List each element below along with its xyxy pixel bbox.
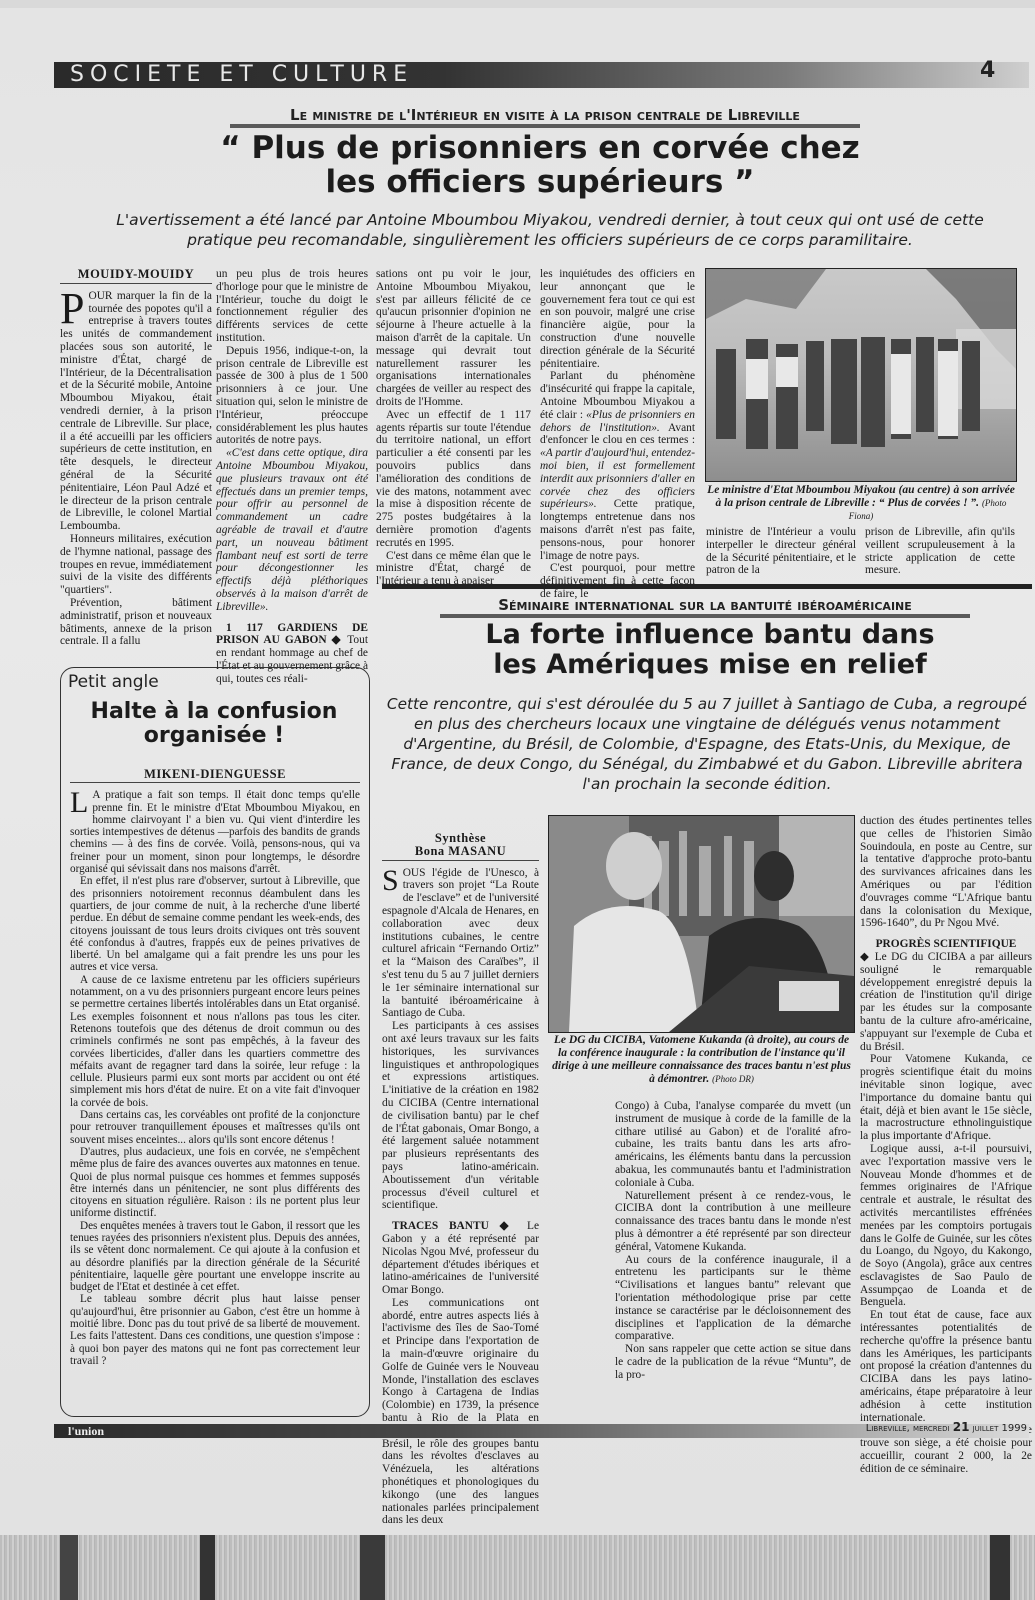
article1-column-2: un peu plus de trois heures d'horloge po…	[216, 268, 368, 686]
paragraph: Au cours de la conférence inaugurale, il…	[615, 1254, 851, 1344]
paragraph: Depuis 1956, indique-t-on, la prison cen…	[216, 345, 368, 447]
article1-column-3: sations ont pu voir le jour, Antoine Mbo…	[376, 268, 531, 588]
article2-column-2: Congo) à Cuba, l'analyse comparée du mve…	[615, 1100, 851, 1382]
article2-byline: Synthèse Bona MASANU	[382, 832, 539, 861]
petit-angle-body: MIKENI-DIENGUESSE LA pratique a fait son…	[70, 768, 360, 1367]
article2-kicker: Séminaire international sur la bantuité …	[440, 596, 970, 614]
article1-column-5: ministre de l'Intérieur a voulu interpel…	[706, 526, 856, 577]
paragraph: les inquiétudes des officiers en leur an…	[540, 268, 695, 370]
conference-photo-icon	[549, 816, 854, 1032]
article1-column-1: MOUIDY-MOUIDY POUR marquer la fin de la …	[60, 268, 212, 648]
paragraph: un peu plus de trois heures d'horloge po…	[216, 268, 368, 345]
paragraph: Naturellement présent à ce rendez-vous, …	[615, 1190, 851, 1254]
paragraph: Des enquêtes menées à travers tout le Ga…	[70, 1220, 360, 1294]
paragraph: Pour Vatomene Kukanda, ce progrès scient…	[860, 1053, 1032, 1143]
caption-text: Le ministre d'Etat Mboumbou Miyakou (au …	[707, 484, 1015, 509]
paragraph: En effet, il n'est plus rare d'observer,…	[70, 875, 360, 973]
paragraph: Les participants à ces assises ont axé l…	[382, 1020, 539, 1212]
article1-headline: “ Plus de prisonniers en corvée chez les…	[150, 131, 930, 199]
article2-column-1: Synthèse Bona MASANU SOUS l'égide de l'U…	[382, 832, 539, 1527]
article2-kicker-rule	[440, 614, 970, 618]
scan-background	[0, 1535, 1035, 1600]
paragraph: prison de Libreville, afin qu'ils veille…	[865, 526, 1015, 577]
petit-angle-headline-line2: organisée !	[64, 724, 364, 748]
issue-date: Libreville, mercredi 21 juillet 1999	[866, 1420, 1027, 1434]
article1-headline-line2: les officiers supérieurs ”	[150, 165, 930, 199]
paragraph: Dans certains cas, les corvéables ont pr…	[70, 1109, 360, 1146]
article2-headline-line2: les Amériques mise en relief	[420, 650, 1000, 680]
article2-headline: La forte influence bantu dans les Amériq…	[420, 620, 1000, 679]
article2-column-3: duction des études pertinentes telles qu…	[860, 815, 1032, 1476]
article1-headline-line1: “ Plus de prisonniers en corvée chez	[150, 131, 930, 165]
quote-paragraph: «C'est dans cette optique, dira Antoine …	[216, 447, 368, 613]
caption-text: Le DG du CICIBA, Vatomene Kukanda (à dro…	[552, 1034, 851, 1085]
article1-photo-caption: Le ministre d'Etat Mboumbou Miyakou (au …	[705, 484, 1017, 523]
paragraph: Avec un effectif de 1 117 agents réparti…	[376, 409, 531, 550]
photo-credit: (Photo DR)	[712, 1074, 754, 1084]
paragraph: duction des études pertinentes telles qu…	[860, 815, 1032, 930]
dropcap: S	[382, 869, 399, 893]
article1-photo	[705, 268, 1017, 482]
paragraph: Non sans rappeler que cette action se si…	[615, 1343, 851, 1381]
paragraph: A cause de ce laxisme entretenu par les …	[70, 974, 360, 1109]
date-day: 21	[953, 1420, 970, 1434]
article2-photo	[548, 815, 855, 1033]
newspaper-brand: l'union	[68, 1424, 104, 1438]
paragraph: OUS l'égide de l'Unesco, à travers son p…	[382, 867, 539, 1020]
paragraph: A pratique a fait son temps. Il était do…	[70, 789, 360, 875]
page-number: 4	[980, 58, 995, 83]
article2-photo-caption: Le DG du CICIBA, Vatomene Kukanda (à dro…	[548, 1034, 855, 1086]
petit-angle-headline: Halte à la confusion organisée !	[64, 700, 364, 748]
article2-top-rule	[382, 584, 1032, 589]
section-title: SOCIETE ET CULTURE	[70, 62, 413, 88]
subhead: PROGRÈS SCIENTIFIQUE	[860, 938, 1032, 951]
dropcap: P	[60, 292, 84, 326]
subhead: TRACES BANTU ◆	[392, 1220, 516, 1232]
article1-byline: MOUIDY-MOUIDY	[60, 268, 212, 284]
paragraph: Le tableau sombre décrit plus haut laiss…	[70, 1293, 360, 1367]
paragraph: Logique aussi, a-t-il poursuivi, avec l'…	[860, 1143, 1032, 1309]
article1-kicker: Le ministre de l'Intérieur en visite à l…	[230, 106, 860, 124]
paragraph: Congo) à Cuba, l'analyse comparée du mve…	[615, 1100, 851, 1190]
paragraph: ◆ Le DG du CICIBA a par ailleurs soulign…	[860, 951, 1032, 1053]
article1-deck: L'avertissement a été lancé par Antoine …	[90, 210, 1010, 250]
subhead: 1 117 GARDIENS DE PRISON AU GABON ◆	[216, 622, 368, 647]
dropcap: L	[70, 791, 88, 815]
paragraph: C'est pourquoi, pour mettre définitiveme…	[540, 562, 695, 600]
date-suffix: juillet 1999	[969, 1423, 1027, 1434]
article1-column-6: prison de Libreville, afin qu'ils veille…	[865, 526, 1015, 577]
prison-visit-photo-icon	[706, 269, 1016, 481]
paragraph: En tout état de cause, face aux intéress…	[860, 1309, 1032, 1424]
petit-angle-label: Petit angle	[68, 672, 159, 692]
date-prefix: Libreville, mercredi	[866, 1423, 953, 1434]
article1-kicker-rule	[230, 124, 860, 128]
paragraph: sations ont pu voir le jour, Antoine Mbo…	[376, 268, 531, 409]
article1-column-4: les inquiétudes des officiers en leur an…	[540, 268, 695, 601]
petit-angle-headline-line1: Halte à la confusion	[64, 700, 364, 724]
paragraph: D'autres, plus audacieux, une fois en co…	[70, 1146, 360, 1220]
byline-line2: Bona MASANU	[382, 845, 539, 858]
article2-headline-line1: La forte influence bantu dans	[420, 620, 1000, 650]
byline-line1: Synthèse	[382, 832, 539, 845]
petit-angle-byline: MIKENI-DIENGUESSE	[70, 768, 360, 783]
article2-deck: Cette rencontre, qui s'est déroulée du 5…	[382, 694, 1032, 794]
paragraph: Honneurs militaires, exécution de l'hymn…	[60, 533, 212, 597]
paragraph: Les communications ont abordé, entre aut…	[382, 1297, 539, 1527]
paragraph: Prévention, bâtiment administratif, pris…	[60, 597, 212, 648]
paragraph: C'est dans ce même élan que le ministre …	[376, 550, 531, 588]
paragraph: ministre de l'Intérieur a voulu interpel…	[706, 526, 856, 577]
